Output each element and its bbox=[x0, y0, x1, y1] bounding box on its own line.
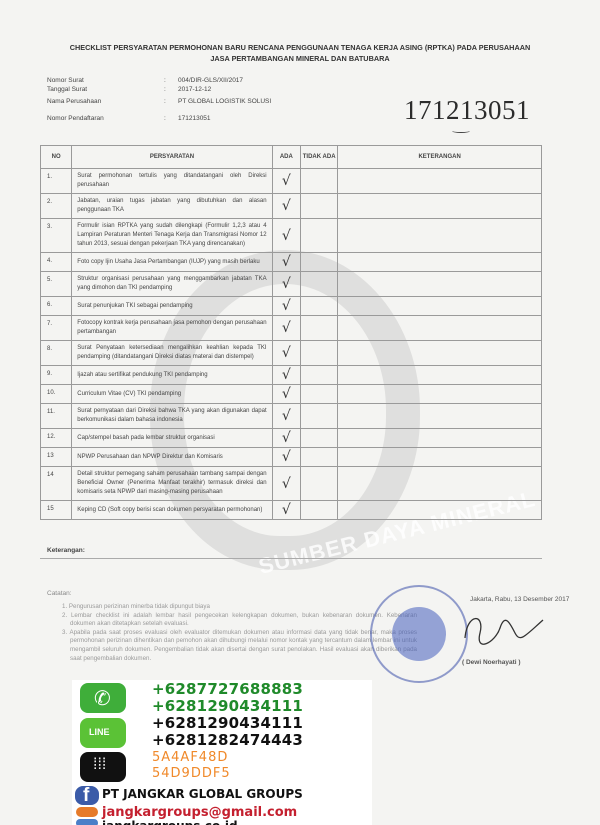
notes-list: 1. Pengurusan perizinan minerba tidak di… bbox=[62, 603, 417, 663]
row-number: 7. bbox=[41, 316, 72, 341]
row-number: 3. bbox=[41, 219, 72, 253]
row-number: 2. bbox=[41, 194, 72, 219]
phone-number: +6281282474443 bbox=[152, 732, 303, 749]
row-keterangan bbox=[338, 448, 542, 467]
check-mark-icon: √ bbox=[282, 254, 291, 270]
check-mark-icon: √ bbox=[282, 430, 291, 446]
row-requirement: Ijazah atau sertifikat pendukung TKI pen… bbox=[72, 366, 272, 385]
phone-number: +6281290434111 bbox=[152, 715, 303, 732]
row-tidak-ada bbox=[301, 272, 338, 297]
table-row: 14Detail struktur pemegang saham perusah… bbox=[41, 467, 542, 501]
row-tidak-ada bbox=[301, 429, 338, 448]
row-keterangan bbox=[338, 385, 542, 404]
check-mark-icon: √ bbox=[282, 345, 291, 361]
phone-number: +6281290434111 bbox=[152, 698, 303, 715]
row-tidak-ada bbox=[301, 297, 338, 316]
table-row: 3.Formulir isian RPTKA yang sudah dileng… bbox=[41, 219, 542, 253]
row-ada-check: √ bbox=[272, 169, 300, 194]
email-icon bbox=[76, 807, 98, 817]
website-icon bbox=[76, 819, 98, 825]
row-keterangan bbox=[338, 404, 542, 429]
row-number: 13 bbox=[41, 448, 72, 467]
row-requirement: Keping CD (Soft copy berisi scan dokumen… bbox=[72, 501, 272, 520]
table-row: 13NPWP Perusahaan dan NPWP Direktur dan … bbox=[41, 448, 542, 467]
contact-banner: LINE +6287727688883 +6281290434111 +6281… bbox=[72, 680, 372, 825]
handwritten-registration-number: 171213051 bbox=[404, 95, 530, 126]
row-tidak-ada bbox=[301, 501, 338, 520]
table-row: 15Keping CD (Soft copy berisi scan dokum… bbox=[41, 501, 542, 520]
row-keterangan bbox=[338, 429, 542, 448]
row-tidak-ada bbox=[301, 341, 338, 366]
row-number: 10. bbox=[41, 385, 72, 404]
line-icon-label: LINE bbox=[89, 727, 110, 737]
row-requirement: Surat pernyataan dari Direksi bahwa TKA … bbox=[72, 404, 272, 429]
row-keterangan bbox=[338, 467, 542, 501]
meta-value: 004/DIR-GLS/XII/2017 bbox=[178, 77, 243, 84]
row-requirement: Surat permohonan tertulis yang ditandata… bbox=[72, 169, 272, 194]
check-mark-icon: √ bbox=[282, 408, 291, 424]
row-keterangan bbox=[338, 253, 542, 272]
row-number: 9. bbox=[41, 366, 72, 385]
row-requirement: Fotocopy kontrak kerja perusahaan jasa p… bbox=[72, 316, 272, 341]
check-mark-icon: √ bbox=[282, 298, 291, 314]
row-tidak-ada bbox=[301, 316, 338, 341]
row-ada-check: √ bbox=[272, 448, 300, 467]
signature-icon bbox=[455, 608, 545, 648]
row-tidak-ada bbox=[301, 404, 338, 429]
row-number: 15 bbox=[41, 501, 72, 520]
table-row: 8.Surat Penyataan ketersediaan mengalihk… bbox=[41, 341, 542, 366]
check-mark-icon: √ bbox=[282, 320, 291, 336]
note-item: 2. Lembar checklist ini adalah lembar ha… bbox=[62, 612, 417, 629]
row-tidak-ada bbox=[301, 448, 338, 467]
check-mark-icon: √ bbox=[282, 449, 291, 465]
row-ada-check: √ bbox=[272, 341, 300, 366]
check-mark-icon: √ bbox=[282, 367, 291, 383]
row-keterangan bbox=[338, 341, 542, 366]
row-keterangan bbox=[338, 297, 542, 316]
line-app-icon: LINE bbox=[80, 718, 126, 748]
note-item: 1. Pengurusan perizinan minerba tidak di… bbox=[62, 603, 417, 612]
stamp-emblem-icon bbox=[392, 607, 446, 661]
check-mark-icon: √ bbox=[282, 173, 291, 189]
meta-label: Nama Perusahaan bbox=[47, 98, 101, 105]
keterangan-divider bbox=[40, 558, 542, 559]
row-requirement: Struktur organisasi perusahaan yang meng… bbox=[72, 272, 272, 297]
meta-colon: : bbox=[164, 115, 166, 122]
row-ada-check: √ bbox=[272, 385, 300, 404]
blackberry-icon bbox=[80, 752, 126, 782]
table-row: 9.Ijazah atau sertifikat pendukung TKI p… bbox=[41, 366, 542, 385]
row-ada-check: √ bbox=[272, 316, 300, 341]
meta-colon: : bbox=[164, 77, 166, 84]
row-ada-check: √ bbox=[272, 467, 300, 501]
facebook-icon bbox=[75, 786, 99, 805]
note-item: 3. Apabila pada saat proses evaluasi ole… bbox=[62, 629, 417, 663]
table-row: 7.Fotocopy kontrak kerja perusahaan jasa… bbox=[41, 316, 542, 341]
row-keterangan bbox=[338, 316, 542, 341]
table-row: 2.Jabatan, uraian tugas jabatan yang dib… bbox=[41, 194, 542, 219]
check-mark-icon: √ bbox=[282, 228, 291, 244]
meta-label: Nomor Pendaftaran bbox=[47, 115, 104, 122]
row-requirement: Curriculum Vitae (CV) TKI pendamping bbox=[72, 385, 272, 404]
table-row: 12.Cap/stempel basah pada lembar struktu… bbox=[41, 429, 542, 448]
row-keterangan bbox=[338, 169, 542, 194]
row-tidak-ada bbox=[301, 194, 338, 219]
row-requirement: Foto copy Ijin Usaha Jasa Pertambangan (… bbox=[72, 253, 272, 272]
row-ada-check: √ bbox=[272, 501, 300, 520]
website-link[interactable]: jangkargroups.co.id bbox=[102, 819, 238, 825]
meta-value: PT GLOBAL LOGISTIK SOLUSI bbox=[178, 98, 271, 105]
meta-label: Nomor Surat bbox=[47, 77, 84, 84]
row-number: 8. bbox=[41, 341, 72, 366]
table-row: 1.Surat permohonan tertulis yang ditanda… bbox=[41, 169, 542, 194]
table-row: 5.Struktur organisasi perusahaan yang me… bbox=[41, 272, 542, 297]
row-requirement: Jabatan, uraian tugas jabatan yang dibut… bbox=[72, 194, 272, 219]
official-stamp bbox=[370, 585, 468, 683]
check-mark-icon: √ bbox=[282, 198, 291, 214]
check-mark-icon: √ bbox=[282, 476, 291, 492]
row-number: 14 bbox=[41, 467, 72, 501]
row-keterangan bbox=[338, 219, 542, 253]
row-requirement: NPWP Perusahaan dan NPWP Direktur dan Ko… bbox=[72, 448, 272, 467]
row-number: 6. bbox=[41, 297, 72, 316]
row-number: 4. bbox=[41, 253, 72, 272]
row-number: 5. bbox=[41, 272, 72, 297]
header-persyaratan: PERSYARATAN bbox=[72, 146, 272, 169]
row-tidak-ada bbox=[301, 253, 338, 272]
row-ada-check: √ bbox=[272, 219, 300, 253]
header-tidak-ada: TIDAK ADA bbox=[301, 146, 338, 169]
row-ada-check: √ bbox=[272, 366, 300, 385]
meta-colon: : bbox=[164, 86, 166, 93]
row-keterangan bbox=[338, 194, 542, 219]
row-number: 12. bbox=[41, 429, 72, 448]
signature-date: Jakarta, Rabu, 13 Desember 2017 bbox=[470, 596, 569, 603]
row-number: 11. bbox=[41, 404, 72, 429]
row-keterangan bbox=[338, 501, 542, 520]
row-keterangan bbox=[338, 272, 542, 297]
row-requirement: Surat Penyataan ketersediaan mengalihkan… bbox=[72, 341, 272, 366]
document-title: CHECKLIST PERSYARATAN PERMOHONAN BARU RE… bbox=[40, 42, 560, 64]
table-row: 10.Curriculum Vitae (CV) TKI pendamping√ bbox=[41, 385, 542, 404]
check-mark-icon: √ bbox=[282, 276, 291, 292]
table-header-row: NO PERSYARATAN ADA TIDAK ADA KETERANGAN bbox=[41, 146, 542, 169]
check-mark-icon: √ bbox=[282, 386, 291, 402]
whatsapp-icon bbox=[80, 683, 126, 713]
handwritten-underline-mark bbox=[452, 129, 470, 133]
row-ada-check: √ bbox=[272, 253, 300, 272]
keterangan-label: Keterangan: bbox=[47, 547, 85, 554]
catatan-label: Catatan: bbox=[47, 590, 72, 597]
meta-colon: : bbox=[164, 98, 166, 105]
table-row: 11.Surat pernyataan dari Direksi bahwa T… bbox=[41, 404, 542, 429]
row-tidak-ada bbox=[301, 385, 338, 404]
meta-label: Tanggal Surat bbox=[47, 86, 87, 93]
phone-number: +6287727688883 bbox=[152, 681, 303, 698]
official-name: ( Dewi Noerhayati ) bbox=[462, 659, 521, 666]
row-tidak-ada bbox=[301, 467, 338, 501]
company-name: PT JANGKAR GLOBAL GROUPS bbox=[102, 787, 303, 801]
checklist-table: NO PERSYARATAN ADA TIDAK ADA KETERANGAN … bbox=[40, 145, 542, 520]
row-requirement: Formulir isian RPTKA yang sudah dilengka… bbox=[72, 219, 272, 253]
row-ada-check: √ bbox=[272, 404, 300, 429]
meta-value: 2017-12-12 bbox=[178, 86, 211, 93]
header-keterangan: KETERANGAN bbox=[338, 146, 542, 169]
row-keterangan bbox=[338, 366, 542, 385]
table-row: 4.Foto copy Ijin Usaha Jasa Pertambangan… bbox=[41, 253, 542, 272]
header-no: NO bbox=[41, 146, 72, 169]
row-ada-check: √ bbox=[272, 194, 300, 219]
row-requirement: Cap/stempel basah pada lembar struktur o… bbox=[72, 429, 272, 448]
meta-value: 171213051 bbox=[178, 115, 211, 122]
row-requirement: Detail struktur pemegang saham perusahaa… bbox=[72, 467, 272, 501]
title-line-1: CHECKLIST PERSYARATAN PERMOHONAN BARU RE… bbox=[40, 42, 560, 53]
row-number: 1. bbox=[41, 169, 72, 194]
table-row: 6.Surat penunjukan TKI sebagai pendampin… bbox=[41, 297, 542, 316]
header-ada: ADA bbox=[272, 146, 300, 169]
title-line-2: JASA PERTAMBANGAN MINERAL DAN BATUBARA bbox=[40, 53, 560, 64]
row-ada-check: √ bbox=[272, 297, 300, 316]
row-tidak-ada bbox=[301, 169, 338, 194]
row-requirement: Surat penunjukan TKI sebagai pendamping bbox=[72, 297, 272, 316]
row-tidak-ada bbox=[301, 219, 338, 253]
row-ada-check: √ bbox=[272, 429, 300, 448]
bbm-pin: 5A4AF48D bbox=[152, 750, 228, 765]
row-tidak-ada bbox=[301, 366, 338, 385]
check-mark-icon: √ bbox=[282, 502, 291, 518]
email-link[interactable]: jangkargroups@gmail.com bbox=[102, 805, 297, 820]
row-ada-check: √ bbox=[272, 272, 300, 297]
bbm-pin: 54D9DDF5 bbox=[152, 766, 231, 781]
